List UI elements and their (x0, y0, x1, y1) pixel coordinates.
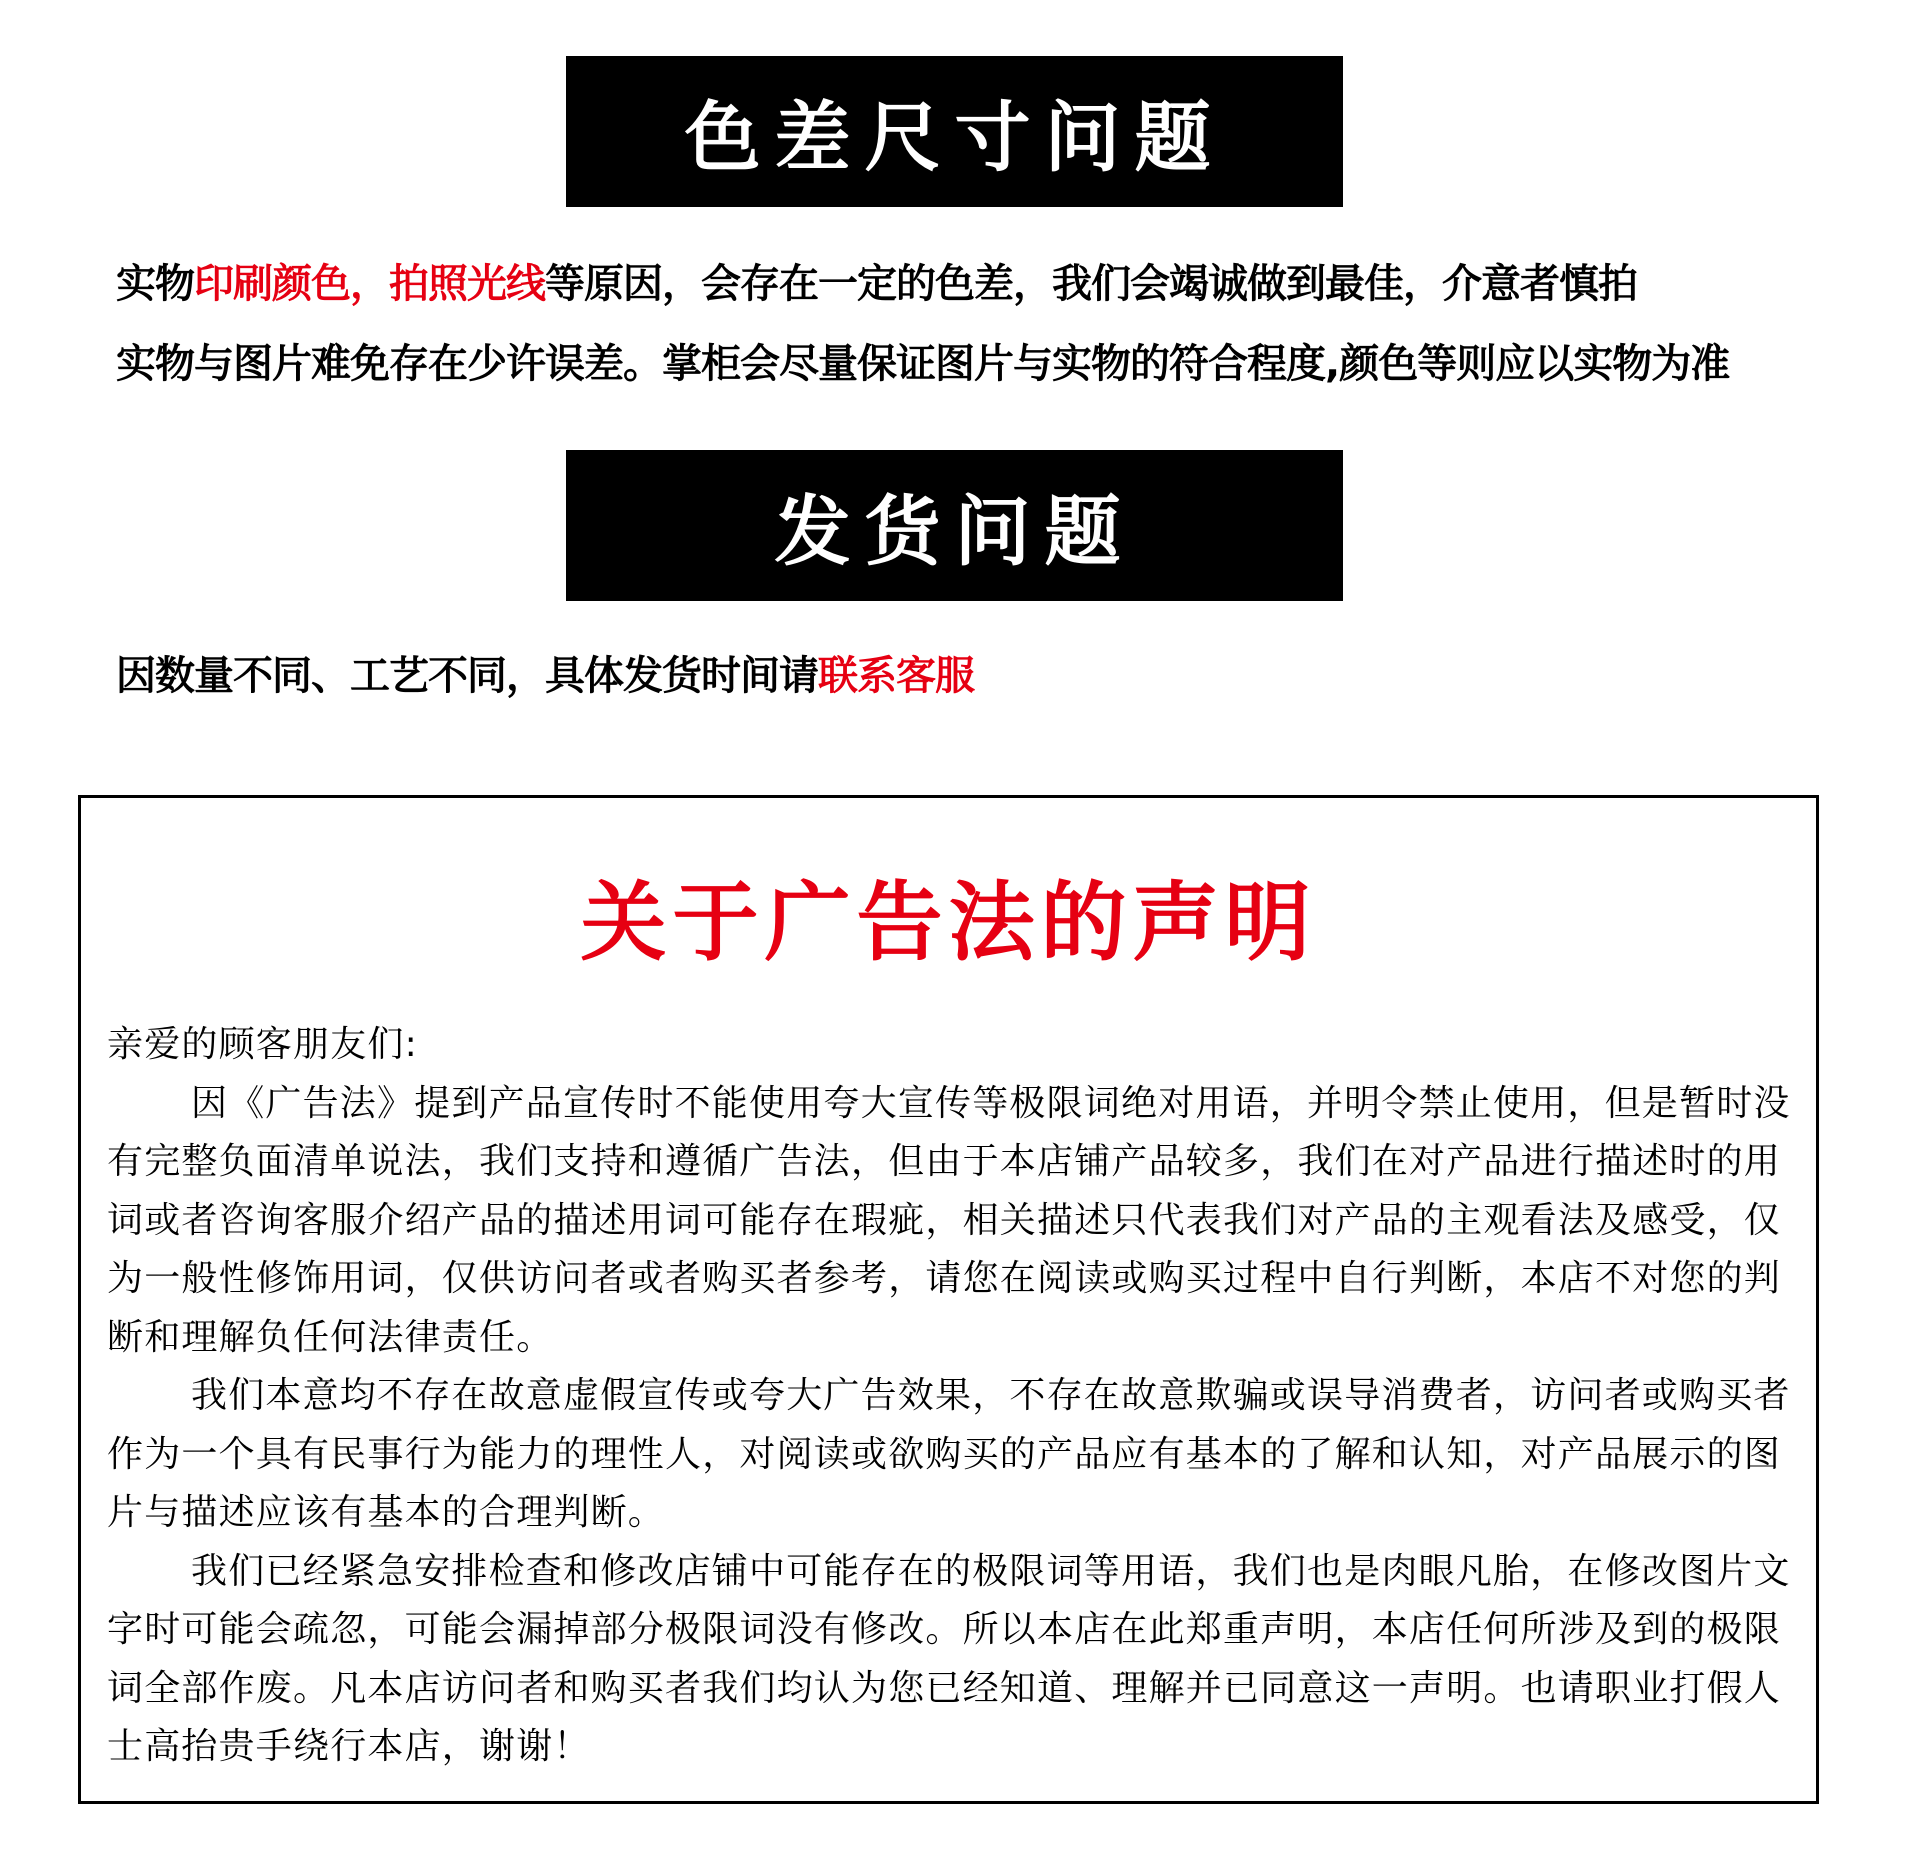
text: 实物 (116, 261, 194, 307)
text: 因数量不同、工艺不同，具体发货时间请 (116, 653, 818, 699)
shipping-line: 因数量不同、工艺不同，具体发货时间请联系客服 (116, 644, 974, 701)
notice-paragraph-2: 我们本意均不存在故意虚假宣传或夸大广告效果，不存在故意欺骗或误导消费者，访问者或… (107, 1367, 1797, 1543)
color-size-title: 色差尺寸问题 (685, 77, 1225, 186)
notice-paragraph-3: 我们已经紧急安排检查和修改店铺中可能存在的极限词等用语，我们也是肉眼凡胎，在修改… (107, 1543, 1797, 1777)
shipping-banner: 发货问题 (566, 450, 1343, 601)
color-size-line-2: 实物与图片难免存在少许误差。掌柜会尽量保证图片与实物的符合程度,颜色等则应以实物… (116, 332, 1729, 389)
notice-paragraph-1: 因《广告法》提到产品宣传时不能使用夸大宣传等极限词绝对用语，并明令禁止使用，但是… (107, 1075, 1797, 1368)
color-size-line-1: 实物印刷颜色，拍照光线等原因，会存在一定的色差，我们会竭诚做到最佳，介意者慎拍 (116, 252, 1637, 309)
notice-body: 亲爱的顾客朋友们: 因《广告法》提到产品宣传时不能使用夸大宣传等极限词绝对用语，… (107, 1016, 1797, 1777)
ad-law-notice-box: 关于广告法的声明 亲爱的顾客朋友们: 因《广告法》提到产品宣传时不能使用夸大宣传… (78, 795, 1819, 1804)
color-size-banner: 色差尺寸问题 (566, 56, 1343, 207)
highlight-text: 印刷颜色，拍照光线 (194, 261, 545, 307)
shipping-title: 发货问题 (775, 471, 1135, 580)
text: 等原因，会存在一定的色差，我们会竭诚做到最佳，介意者慎拍 (545, 261, 1637, 307)
contact-service-highlight: 联系客服 (818, 653, 974, 699)
notice-title: 关于广告法的声明 (81, 853, 1816, 977)
notice-greeting: 亲爱的顾客朋友们: (107, 1016, 1797, 1075)
